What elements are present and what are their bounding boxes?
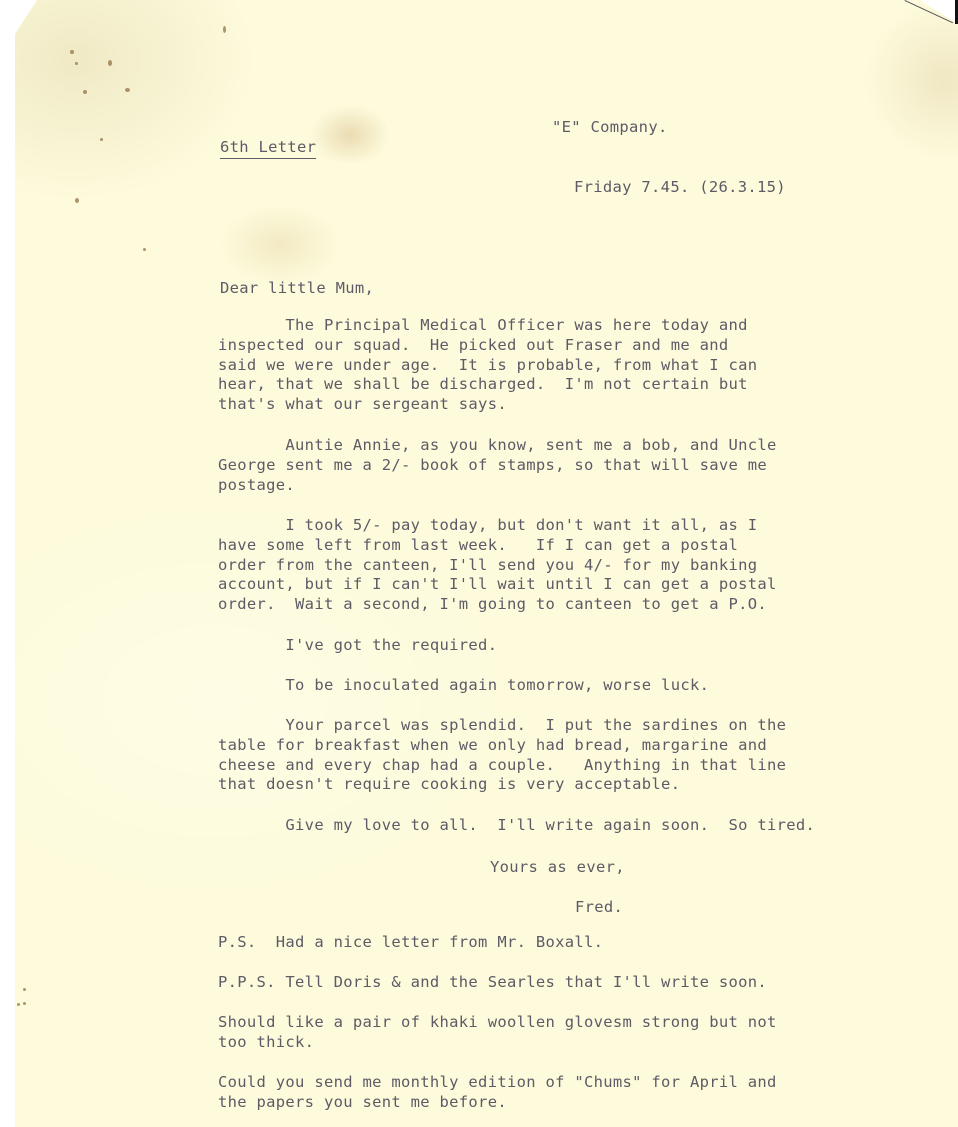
postscript-line: P.S. Had a nice letter from Mr. Boxall. (218, 933, 938, 953)
body-paragraph: Auntie Annie, as you know, sent me a bob… (218, 436, 938, 495)
stain-spot (23, 1002, 26, 1005)
paragraph-line: hear, that we shall be discharged. I'm n… (218, 375, 938, 395)
paragraph-line: George sent me a 2/- book of stamps, so … (218, 456, 938, 476)
paragraph-line: order. Wait a second, I'm going to cante… (218, 595, 938, 615)
postscript-paragraph: Should like a pair of khaki woollen glov… (218, 1013, 938, 1053)
stain-spot (75, 62, 78, 65)
company-heading: "E" Company. (552, 117, 668, 137)
stain-spot (100, 138, 103, 141)
signature: Fred. (575, 897, 623, 917)
body-paragraph: I've got the required. (218, 636, 938, 656)
postscript-line: Should like a pair of khaki woollen glov… (218, 1013, 938, 1033)
paragraph-line: said we were under age. It is probable, … (218, 356, 938, 376)
stain-spot (75, 198, 79, 203)
paragraph-line: cheese and every chap had a couple. Anyt… (218, 756, 938, 776)
stain-spot (223, 26, 226, 33)
stain-spot (17, 1003, 20, 1006)
postscript-line: the papers you sent me before. (218, 1093, 938, 1113)
postscript-line: Could you send me monthly edition of "Ch… (218, 1073, 938, 1093)
paragraph-line: I've got the required. (218, 636, 938, 656)
paragraph-line: postage. (218, 476, 938, 496)
paragraph-line: that doesn't require cooking is very acc… (218, 775, 938, 795)
stain-spot (125, 88, 130, 92)
postscript-line: too thick. (218, 1033, 938, 1053)
body-paragraph: I took 5/- pay today, but don't want it … (218, 516, 938, 615)
salutation: Dear little Mum, (220, 278, 374, 298)
paragraph-line: To be inoculated again tomorrow, worse l… (218, 676, 938, 696)
stain-spot (108, 60, 112, 66)
paragraph-line: order from the canteen, I'll send you 4/… (218, 556, 938, 576)
stain-spot (143, 248, 146, 251)
paragraph-line: inspected our squad. He picked out Frase… (218, 336, 938, 356)
postscript-paragraph: P.S. Had a nice letter from Mr. Boxall. (218, 933, 938, 953)
paragraph-line: I took 5/- pay today, but don't want it … (218, 516, 938, 536)
paragraph-line: Auntie Annie, as you know, sent me a bob… (218, 436, 938, 456)
stain-spot (23, 988, 26, 991)
letter-number-label: 6th Letter (220, 137, 316, 159)
postscript-line: P.P.S. Tell Doris & and the Searles that… (218, 973, 938, 993)
stain-spot (83, 90, 87, 94)
paragraph-line: Give my love to all. I'll write again so… (218, 816, 938, 836)
paragraph-line: account, but if I can't I'll wait until … (218, 575, 938, 595)
paragraph-line: Your parcel was splendid. I put the sard… (218, 716, 938, 736)
body-paragraph: Your parcel was splendid. I put the sard… (218, 716, 938, 795)
closing: Yours as ever, (490, 857, 625, 877)
body-paragraph: Give my love to all. I'll write again so… (218, 816, 938, 836)
paragraph-line: that's what our sergeant says. (218, 395, 938, 415)
paragraph-line: have some left from last week. If I can … (218, 536, 938, 556)
body-paragraph: The Principal Medical Officer was here t… (218, 316, 938, 415)
postscript-paragraph: Could you send me monthly edition of "Ch… (218, 1073, 938, 1113)
paragraph-line: The Principal Medical Officer was here t… (218, 316, 938, 336)
stain-spot (70, 50, 74, 54)
date-line: Friday 7.45. (26.3.15) (574, 177, 786, 197)
postscript-paragraph: P.P.S. Tell Doris & and the Searles that… (218, 973, 938, 993)
body-paragraph: To be inoculated again tomorrow, worse l… (218, 676, 938, 696)
paragraph-line: table for breakfast when we only had bre… (218, 736, 938, 756)
